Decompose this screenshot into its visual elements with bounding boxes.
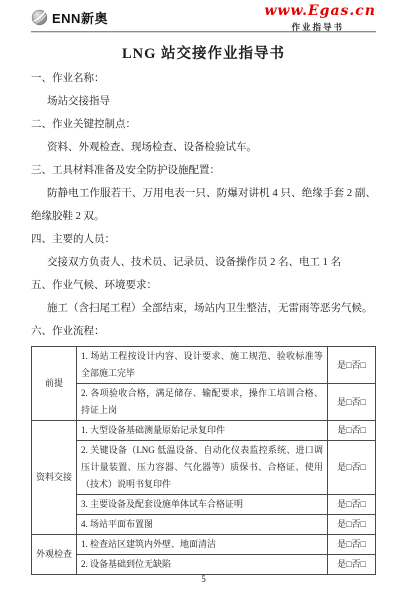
yes-no-checkboxes: 是□否□ bbox=[328, 347, 376, 384]
section-heading: 一、作业名称： bbox=[31, 67, 376, 90]
group-label: 外观检查 bbox=[32, 535, 77, 575]
logo-text: ENN新奥 bbox=[52, 8, 108, 27]
section-2: 二、作业关键控制点：资料、外观检查、现场检查、设备检验试车。 bbox=[31, 113, 376, 159]
table-row: 2. 关键设备（LNG 低温设备、自动化仪表监控系统、进口调压计量装置、压力容器… bbox=[32, 441, 376, 495]
section-paragraph: 场站交接指导 bbox=[31, 90, 376, 113]
page-number: 5 bbox=[201, 574, 206, 584]
yes-no-checkboxes: 是□否□ bbox=[328, 441, 376, 495]
doc-type-label: 作业指导书 bbox=[264, 21, 344, 33]
checklist-item-text: 2. 关键设备（LNG 低温设备、自动化仪表监控系统、进口调压计量装置、压力容器… bbox=[77, 441, 328, 495]
yes-no-checkboxes: 是□否□ bbox=[328, 495, 376, 515]
document-page: ENN新奥 www.Egas.cn 作业指导书 LNG 站交接作业指导书 一、作… bbox=[0, 0, 407, 589]
section-heading: 六、作业流程： bbox=[31, 320, 376, 343]
section-3: 三、工具材料准备及安全防护设施配置：防静电工作服若干、万用电表一只、防爆对讲机 … bbox=[31, 159, 376, 228]
section-heading: 三、工具材料准备及安全防护设施配置： bbox=[31, 159, 376, 182]
table-row: 资料交接1. 大型设备基础测量原始记录复印件是□否□ bbox=[32, 421, 376, 441]
yes-no-checkboxes: 是□否□ bbox=[328, 535, 376, 555]
checklist-item-text: 2. 各项验收合格，满足储存、输配要求，操作工培训合格、持证上岗 bbox=[77, 384, 328, 421]
checklist-item-text: 4. 场站平面布置图 bbox=[77, 515, 328, 535]
yes-no-checkboxes: 是□否□ bbox=[328, 515, 376, 535]
table-row: 4. 场站平面布置图是□否□ bbox=[32, 515, 376, 535]
section-heading: 二、作业关键控制点： bbox=[31, 113, 376, 136]
yes-no-checkboxes: 是□否□ bbox=[328, 421, 376, 441]
section-paragraph: 交接双方负责人、技术员、记录员、设备操作员 2 名、电工 1 名 bbox=[31, 251, 376, 274]
section-paragraph: 资料、外观检查、现场检查、设备检验试车。 bbox=[31, 136, 376, 159]
enn-globe-logo-icon bbox=[31, 9, 48, 26]
section-1: 一、作业名称：场站交接指导 bbox=[31, 67, 376, 113]
page-footer: 5 bbox=[0, 574, 407, 584]
section-heading: 五、作业气候、环境要求： bbox=[31, 274, 376, 297]
section-5: 五、作业气候、环境要求：施工（含扫尾工程）全部结束，场站内卫生整洁，无雷雨等恶劣… bbox=[31, 274, 376, 320]
yes-no-checkboxes: 是□否□ bbox=[328, 555, 376, 575]
section-paragraph: 防静电工作服若干、万用电表一只、防爆对讲机 4 只、绝缘手套 2 副、绝缘胶鞋 … bbox=[31, 182, 376, 228]
section-paragraph: 施工（含扫尾工程）全部结束，场站内卫生整洁，无雷雨等恶劣气候。 bbox=[31, 297, 376, 320]
table-row: 3. 主要设备及配套设施单体试车合格证明是□否□ bbox=[32, 495, 376, 515]
table-row: 2. 各项验收合格，满足储存、输配要求，操作工培训合格、持证上岗是□否□ bbox=[32, 384, 376, 421]
table-row: 2. 设备基础到位无缺陷是□否□ bbox=[32, 555, 376, 575]
checklist-item-text: 1. 检查站区建筑内外壁、地面清洁 bbox=[77, 535, 328, 555]
sections: 一、作业名称：场站交接指导二、作业关键控制点：资料、外观检查、现场检查、设备检验… bbox=[31, 67, 376, 343]
section-heading: 四、主要的人员： bbox=[31, 228, 376, 251]
watermark-url: www.Egas.cn bbox=[264, 3, 376, 19]
table-row: 前提1. 场站工程按设计内容、设计要求、施工规范、验收标准等全部施工完毕是□否□ bbox=[32, 347, 376, 384]
checklist-item-text: 1. 大型设备基础测量原始记录复印件 bbox=[77, 421, 328, 441]
page-title: LNG 站交接作业指导书 bbox=[31, 42, 376, 63]
checklist-item-text: 2. 设备基础到位无缺陷 bbox=[77, 555, 328, 575]
enn-logo: ENN新奥 bbox=[31, 8, 108, 27]
table-row: 外观检查1. 检查站区建筑内外壁、地面清洁是□否□ bbox=[32, 535, 376, 555]
section-4: 四、主要的人员：交接双方负责人、技术员、记录员、设备操作员 2 名、电工 1 名 bbox=[31, 228, 376, 274]
group-label: 资料交接 bbox=[32, 421, 77, 535]
header: ENN新奥 www.Egas.cn 作业指导书 bbox=[31, 0, 376, 33]
checklist-item-text: 1. 场站工程按设计内容、设计要求、施工规范、验收标准等全部施工完毕 bbox=[77, 347, 328, 384]
group-label: 前提 bbox=[32, 347, 77, 421]
yes-no-checkboxes: 是□否□ bbox=[328, 384, 376, 421]
checklist-item-text: 3. 主要设备及配套设施单体试车合格证明 bbox=[77, 495, 328, 515]
checklist-table: 前提1. 场站工程按设计内容、设计要求、施工规范、验收标准等全部施工完毕是□否□… bbox=[31, 346, 376, 575]
section-6: 六、作业流程： bbox=[31, 320, 376, 343]
